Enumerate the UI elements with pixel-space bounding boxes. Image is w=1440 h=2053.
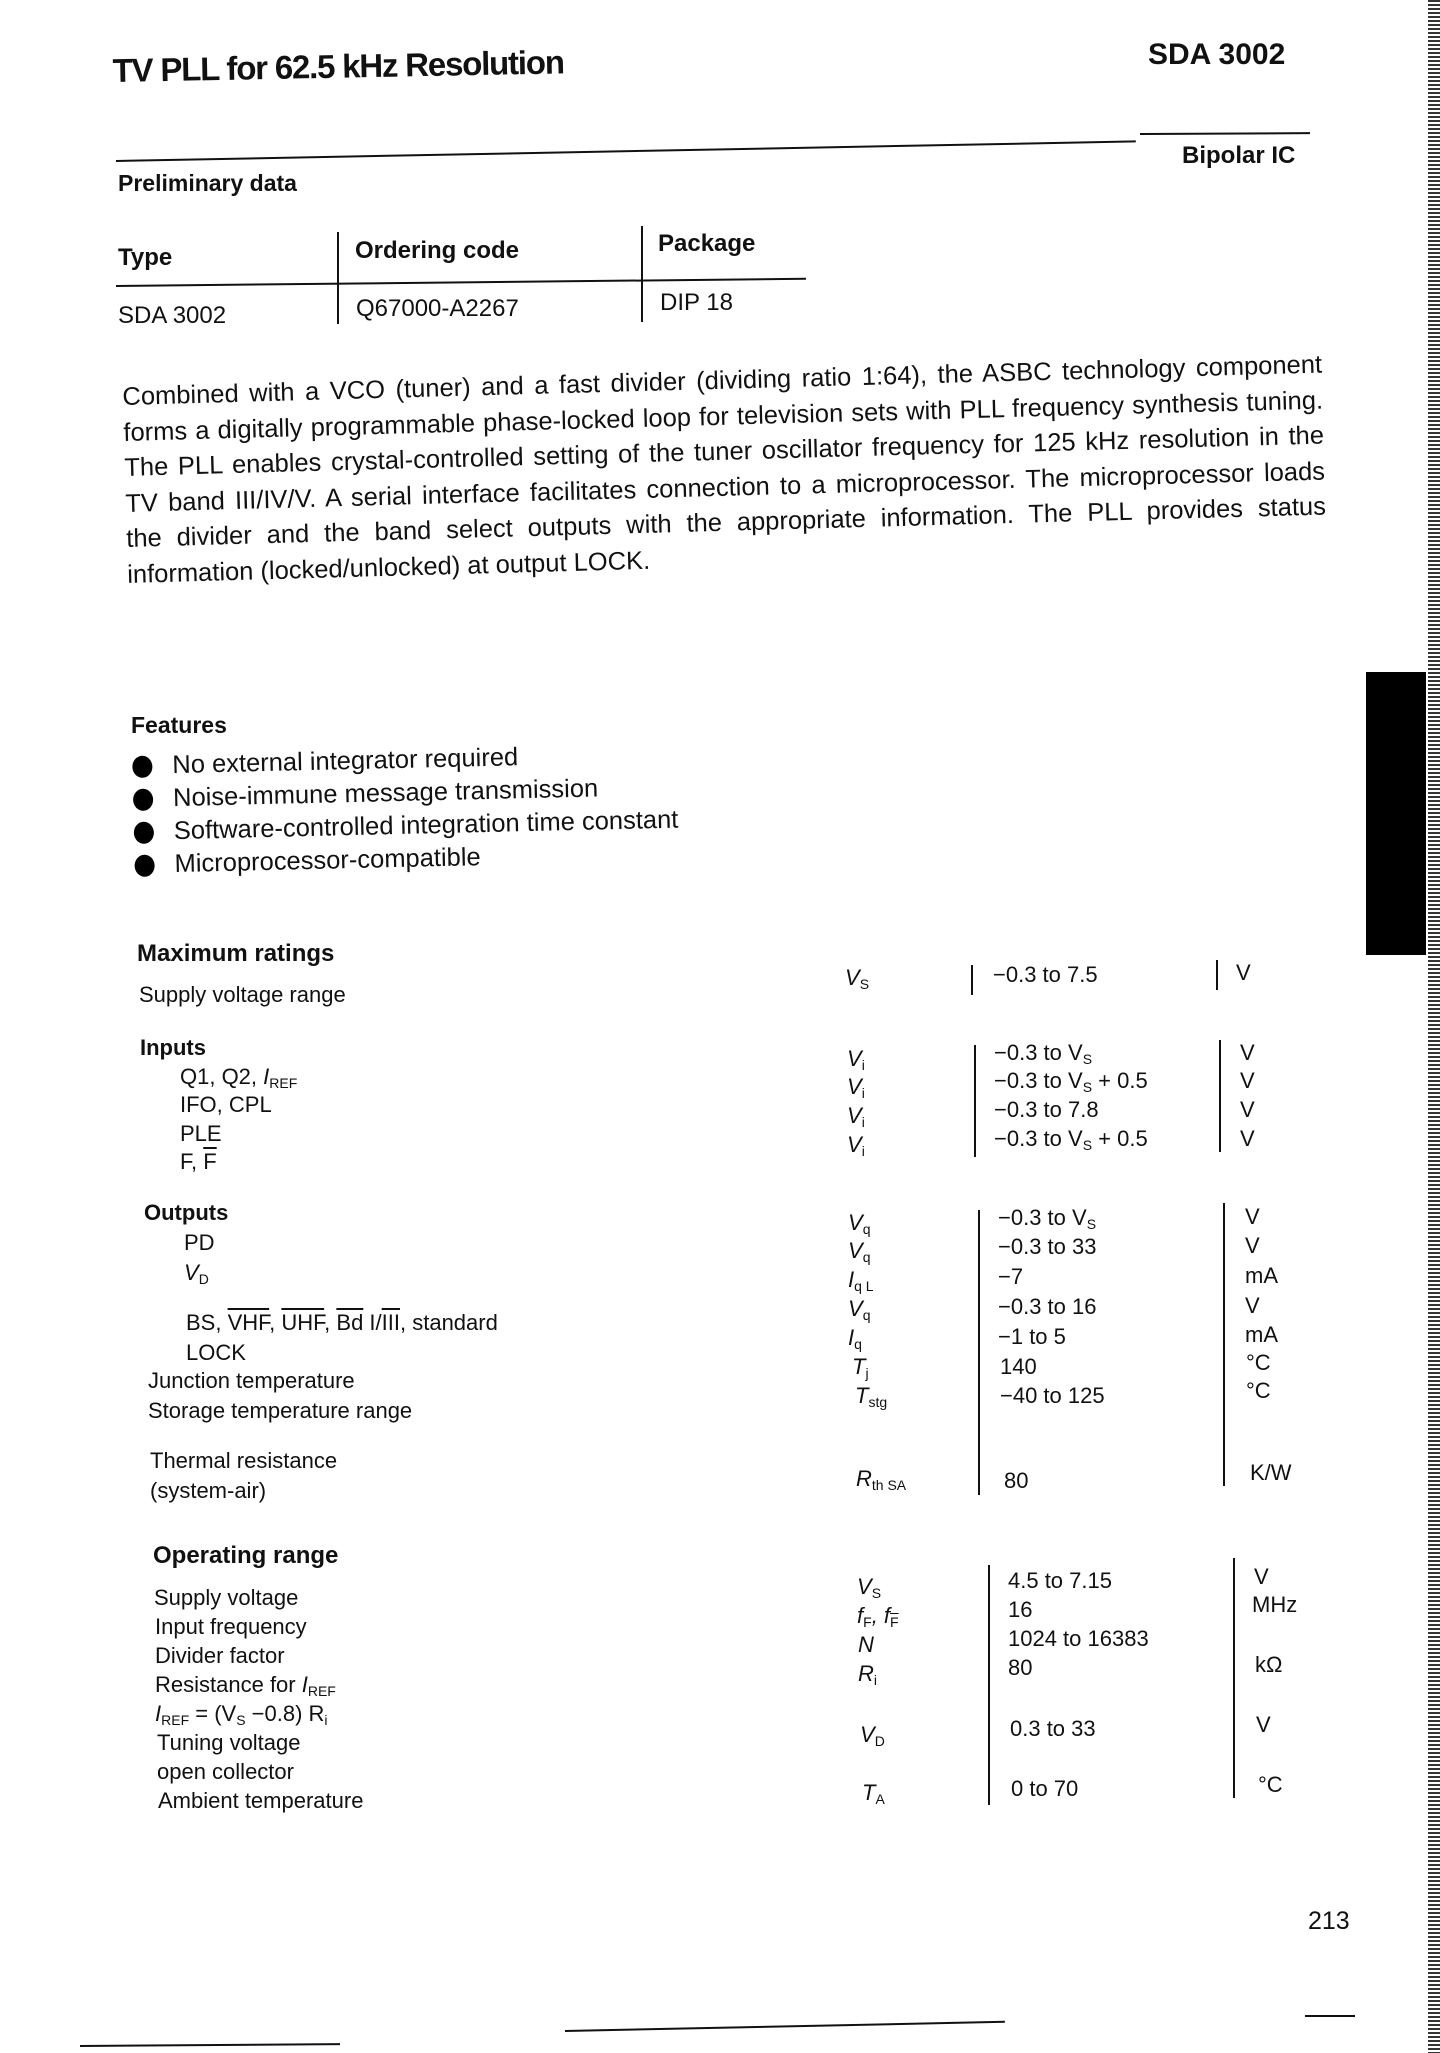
- output-unit: mA: [1245, 1263, 1278, 1289]
- supply-symbol: VS: [845, 965, 869, 992]
- thermal-unit: K/W: [1250, 1460, 1292, 1486]
- junction-value: 140: [1000, 1354, 1037, 1380]
- input-symbol: Vi: [847, 1132, 865, 1159]
- input-label: PLE: [180, 1121, 222, 1147]
- input-symbol: Vi: [847, 1046, 865, 1073]
- column-divider: [971, 965, 973, 995]
- preliminary-label: Preliminary data: [118, 170, 297, 197]
- operating-label: Resistance for IREF: [155, 1672, 336, 1699]
- operating-label: Tuning voltage: [157, 1730, 301, 1756]
- operating-symbol: VD: [860, 1722, 885, 1749]
- input-value: −0.3 to VS + 0.5: [994, 1068, 1148, 1095]
- output-value: −1 to 5: [998, 1324, 1066, 1350]
- operating-symbol: fF, fF: [857, 1603, 899, 1630]
- operating-label: Input frequency: [155, 1614, 307, 1640]
- operating-label: Supply voltage: [154, 1585, 298, 1611]
- column-divider: [974, 1045, 976, 1157]
- operating-symbol: VS: [857, 1574, 881, 1601]
- output-value: −0.3 to VS: [998, 1205, 1096, 1232]
- outputs-heading: Outputs: [144, 1200, 228, 1226]
- input-unit: V: [1240, 1040, 1255, 1066]
- output-unit: V: [1245, 1293, 1260, 1319]
- input-unit: V: [1240, 1126, 1255, 1152]
- operating-label-2: open collector: [157, 1759, 294, 1785]
- input-value: −0.3 to 7.8: [994, 1097, 1099, 1123]
- footer-rule: [80, 2043, 340, 2047]
- thermal-symbol: Rth SA: [856, 1466, 906, 1493]
- bullet-icon: [134, 821, 154, 843]
- junction-label: Junction temperature: [148, 1368, 355, 1394]
- column-divider: [988, 1565, 990, 1805]
- thermal-label: Thermal resistance: [150, 1448, 337, 1474]
- input-symbol: Vi: [847, 1103, 865, 1130]
- cell-type: SDA 3002: [118, 302, 226, 330]
- technology-label: Bipolar IC: [1182, 142, 1295, 170]
- output-label: LOCK: [186, 1340, 246, 1366]
- operating-unit: V: [1254, 1564, 1269, 1590]
- features-heading: Features: [131, 712, 227, 739]
- output-unit: mA: [1245, 1322, 1278, 1348]
- output-symbol: Iq L: [848, 1267, 874, 1294]
- storage-unit: °C: [1246, 1378, 1271, 1404]
- input-value: −0.3 to VS: [994, 1040, 1092, 1067]
- operating-unit: °C: [1258, 1772, 1283, 1798]
- junction-unit: °C: [1246, 1350, 1271, 1376]
- document-title: TV PLL for 62.5 kHz Resolution: [112, 43, 564, 90]
- max-ratings-heading: Maximum ratings: [137, 940, 334, 968]
- operating-unit: MHz: [1252, 1592, 1297, 1618]
- footer-rule: [565, 2021, 1005, 2032]
- output-value: −0.3 to 16: [998, 1294, 1096, 1320]
- column-divider: [1233, 1558, 1235, 1798]
- col-header-package: Package: [658, 230, 755, 258]
- header-rule: [116, 140, 1136, 162]
- output-label: PD: [184, 1230, 215, 1256]
- operating-label: Ambient temperature: [158, 1788, 363, 1814]
- operating-unit: kΩ: [1255, 1652, 1282, 1678]
- input-label: Q1, Q2, IREF: [180, 1064, 297, 1091]
- supply-value: −0.3 to 7.5: [993, 962, 1098, 988]
- operating-symbol: N: [858, 1632, 874, 1658]
- footer-rule: [1305, 2015, 1355, 2017]
- storage-value: −40 to 125: [1000, 1383, 1105, 1409]
- page-number: 213: [1308, 1907, 1350, 1936]
- output-value: −7: [998, 1264, 1023, 1290]
- header-rule-right: [1140, 132, 1310, 135]
- input-value: −0.3 to VS + 0.5: [994, 1126, 1148, 1153]
- output-symbol: Iq: [848, 1325, 862, 1352]
- bullet-icon: [134, 854, 154, 876]
- input-unit: V: [1240, 1068, 1255, 1094]
- input-unit: V: [1240, 1097, 1255, 1123]
- operating-value: 4.5 to 7.15: [1008, 1568, 1112, 1594]
- section-tab-marker: [1366, 672, 1426, 955]
- operating-label: Divider factor: [155, 1643, 285, 1669]
- binding-edge: [1428, 0, 1440, 2053]
- operating-unit: V: [1256, 1712, 1271, 1738]
- part-number: SDA 3002: [1148, 38, 1285, 72]
- input-label: IFO, CPL: [180, 1092, 272, 1118]
- storage-symbol: Tstg: [855, 1383, 887, 1410]
- col-header-type: Type: [118, 244, 172, 272]
- bullet-icon: [132, 755, 152, 777]
- output-label: VD: [184, 1260, 209, 1287]
- operating-value: 16: [1008, 1597, 1032, 1623]
- operating-range-heading: Operating range: [153, 1542, 338, 1570]
- storage-label: Storage temperature range: [148, 1398, 412, 1424]
- thermal-value: 80: [1004, 1468, 1028, 1494]
- supply-unit: V: [1236, 960, 1251, 986]
- cell-ordering-code: Q67000-A2267: [356, 295, 519, 323]
- operating-symbol: Ri: [858, 1661, 877, 1688]
- feature-text: Microprocessor-compatible: [174, 841, 481, 881]
- operating-value: 0.3 to 33: [1010, 1716, 1096, 1742]
- bullet-icon: [133, 788, 153, 810]
- input-label: F, F: [180, 1149, 217, 1175]
- operating-symbol: TA: [862, 1780, 885, 1807]
- input-symbol: Vi: [847, 1074, 865, 1101]
- output-unit: V: [1245, 1233, 1260, 1259]
- output-label: BS, VHF, UHF, Bd I/III, standard: [186, 1310, 498, 1336]
- output-symbol: Vq: [848, 1210, 870, 1237]
- col-header-ordering-code: Ordering code: [355, 237, 519, 265]
- output-symbol: Vq: [848, 1296, 870, 1323]
- table-rule: [116, 278, 806, 287]
- operating-value: 80: [1008, 1655, 1032, 1681]
- iref-formula: IREF = (VS −0.8) Ri: [155, 1701, 328, 1728]
- column-divider: [1219, 1040, 1221, 1152]
- column-divider: [1223, 1203, 1225, 1486]
- output-symbol: Vq: [848, 1238, 870, 1265]
- inputs-heading: Inputs: [140, 1035, 206, 1061]
- datasheet-page: TV PLL for 62.5 kHz Resolution SDA 3002 …: [0, 0, 1440, 2053]
- junction-symbol: Tj: [852, 1354, 869, 1381]
- description-paragraph: Combined with a VCO (tuner) and a fast d…: [122, 348, 1327, 593]
- column-divider: [1216, 960, 1218, 990]
- supply-label: Supply voltage range: [139, 982, 346, 1008]
- thermal-label-2: (system-air): [150, 1478, 266, 1504]
- column-divider: [978, 1210, 980, 1495]
- features-list: No external integrator required Noise-im…: [132, 738, 679, 882]
- operating-value: 1024 to 16383: [1008, 1626, 1149, 1652]
- operating-value: 0 to 70: [1011, 1776, 1078, 1802]
- table-divider: [337, 232, 339, 324]
- table-divider: [641, 226, 643, 322]
- cell-package: DIP 18: [660, 289, 733, 317]
- output-unit: V: [1245, 1204, 1260, 1230]
- output-value: −0.3 to 33: [998, 1234, 1096, 1260]
- description-text: Combined with a VCO (tuner) and a fast d…: [122, 348, 1327, 593]
